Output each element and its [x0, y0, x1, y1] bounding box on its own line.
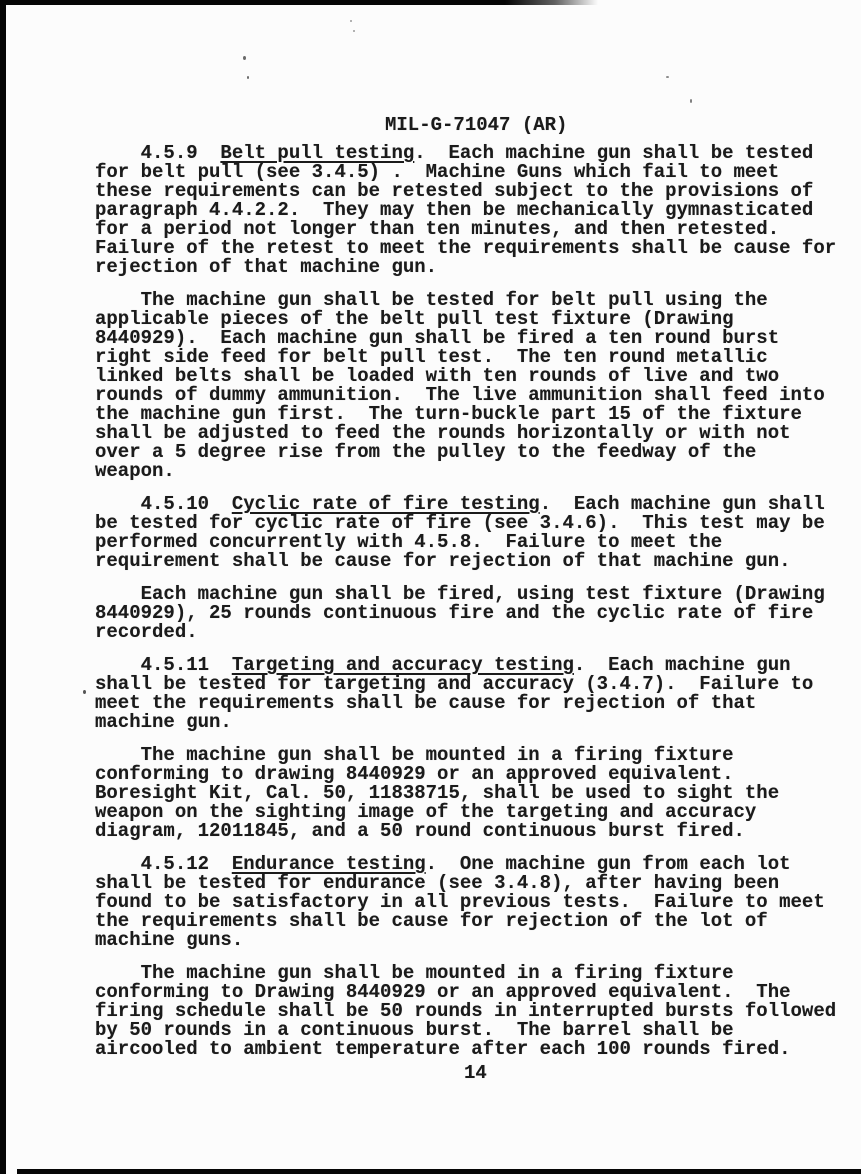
text-segment: requirement shall be cause for rejection…	[95, 550, 791, 572]
scan-edge-top	[0, 0, 598, 5]
scan-speck	[690, 99, 692, 103]
text-segment: diagram, 12011845, and a 50 round contin…	[95, 820, 745, 842]
text-line: weapon.	[95, 462, 855, 481]
text-segment: aircooled to ambient temperature after e…	[95, 1038, 791, 1060]
scan-speck	[353, 30, 355, 32]
document-body: 4.5.9 Belt pull testing. Each machine gu…	[95, 144, 855, 1059]
text-line: aircooled to ambient temperature after e…	[95, 1040, 855, 1059]
text-segment: machine guns.	[95, 929, 243, 951]
text-segment: recorded.	[95, 621, 198, 643]
paragraph-4.5.12: 4.5.12 Endurance testing. One machine gu…	[95, 855, 855, 950]
text-line: machine gun.	[95, 713, 855, 732]
text-line: machine guns.	[95, 931, 855, 950]
text-segment: machine gun.	[95, 711, 232, 733]
text-line: diagram, 12011845, and a 50 round contin…	[95, 822, 855, 841]
text-segment: rejection of that machine gun.	[95, 256, 437, 278]
text-line: recorded.	[95, 623, 855, 642]
document-id-header: MIL-G-71047 (AR)	[385, 116, 567, 135]
scan-speck	[666, 76, 669, 78]
paragraph: The machine gun shall be mounted in a fi…	[95, 746, 855, 841]
text-line: over a 5 degree rise from the pulley to …	[95, 443, 855, 462]
text-segment: 8440929), 25 rounds continuous fire and …	[95, 602, 813, 624]
scan-speck	[83, 690, 86, 694]
text-line: 8440929), 25 rounds continuous fire and …	[95, 604, 855, 623]
paragraph: The machine gun shall be mounted in a fi…	[95, 964, 855, 1059]
scan-speck	[247, 76, 249, 79]
paragraph: Each machine gun shall be fired, using t…	[95, 585, 855, 642]
paragraph: The machine gun shall be tested for belt…	[95, 291, 855, 481]
text-line: rejection of that machine gun.	[95, 258, 855, 277]
text-line: requirement shall be cause for rejection…	[95, 552, 855, 571]
scan-speck	[243, 56, 246, 60]
scan-edge-left	[0, 0, 6, 1174]
paragraph-4.5.11: 4.5.11 Targeting and accuracy testing. E…	[95, 656, 855, 732]
page-number: 14	[464, 1064, 487, 1083]
scan-speck	[350, 20, 352, 22]
paragraph-4.5.9: 4.5.9 Belt pull testing. Each machine gu…	[95, 144, 855, 277]
paragraph-4.5.10: 4.5.10 Cyclic rate of fire testing. Each…	[95, 495, 855, 571]
text-segment: weapon.	[95, 460, 175, 482]
document-page: MIL-G-71047 (AR) 4.5.9 Belt pull testing…	[0, 0, 861, 1174]
scan-edge-bottom	[17, 1169, 861, 1174]
text-segment: over a 5 degree rise from the pulley to …	[95, 441, 756, 463]
